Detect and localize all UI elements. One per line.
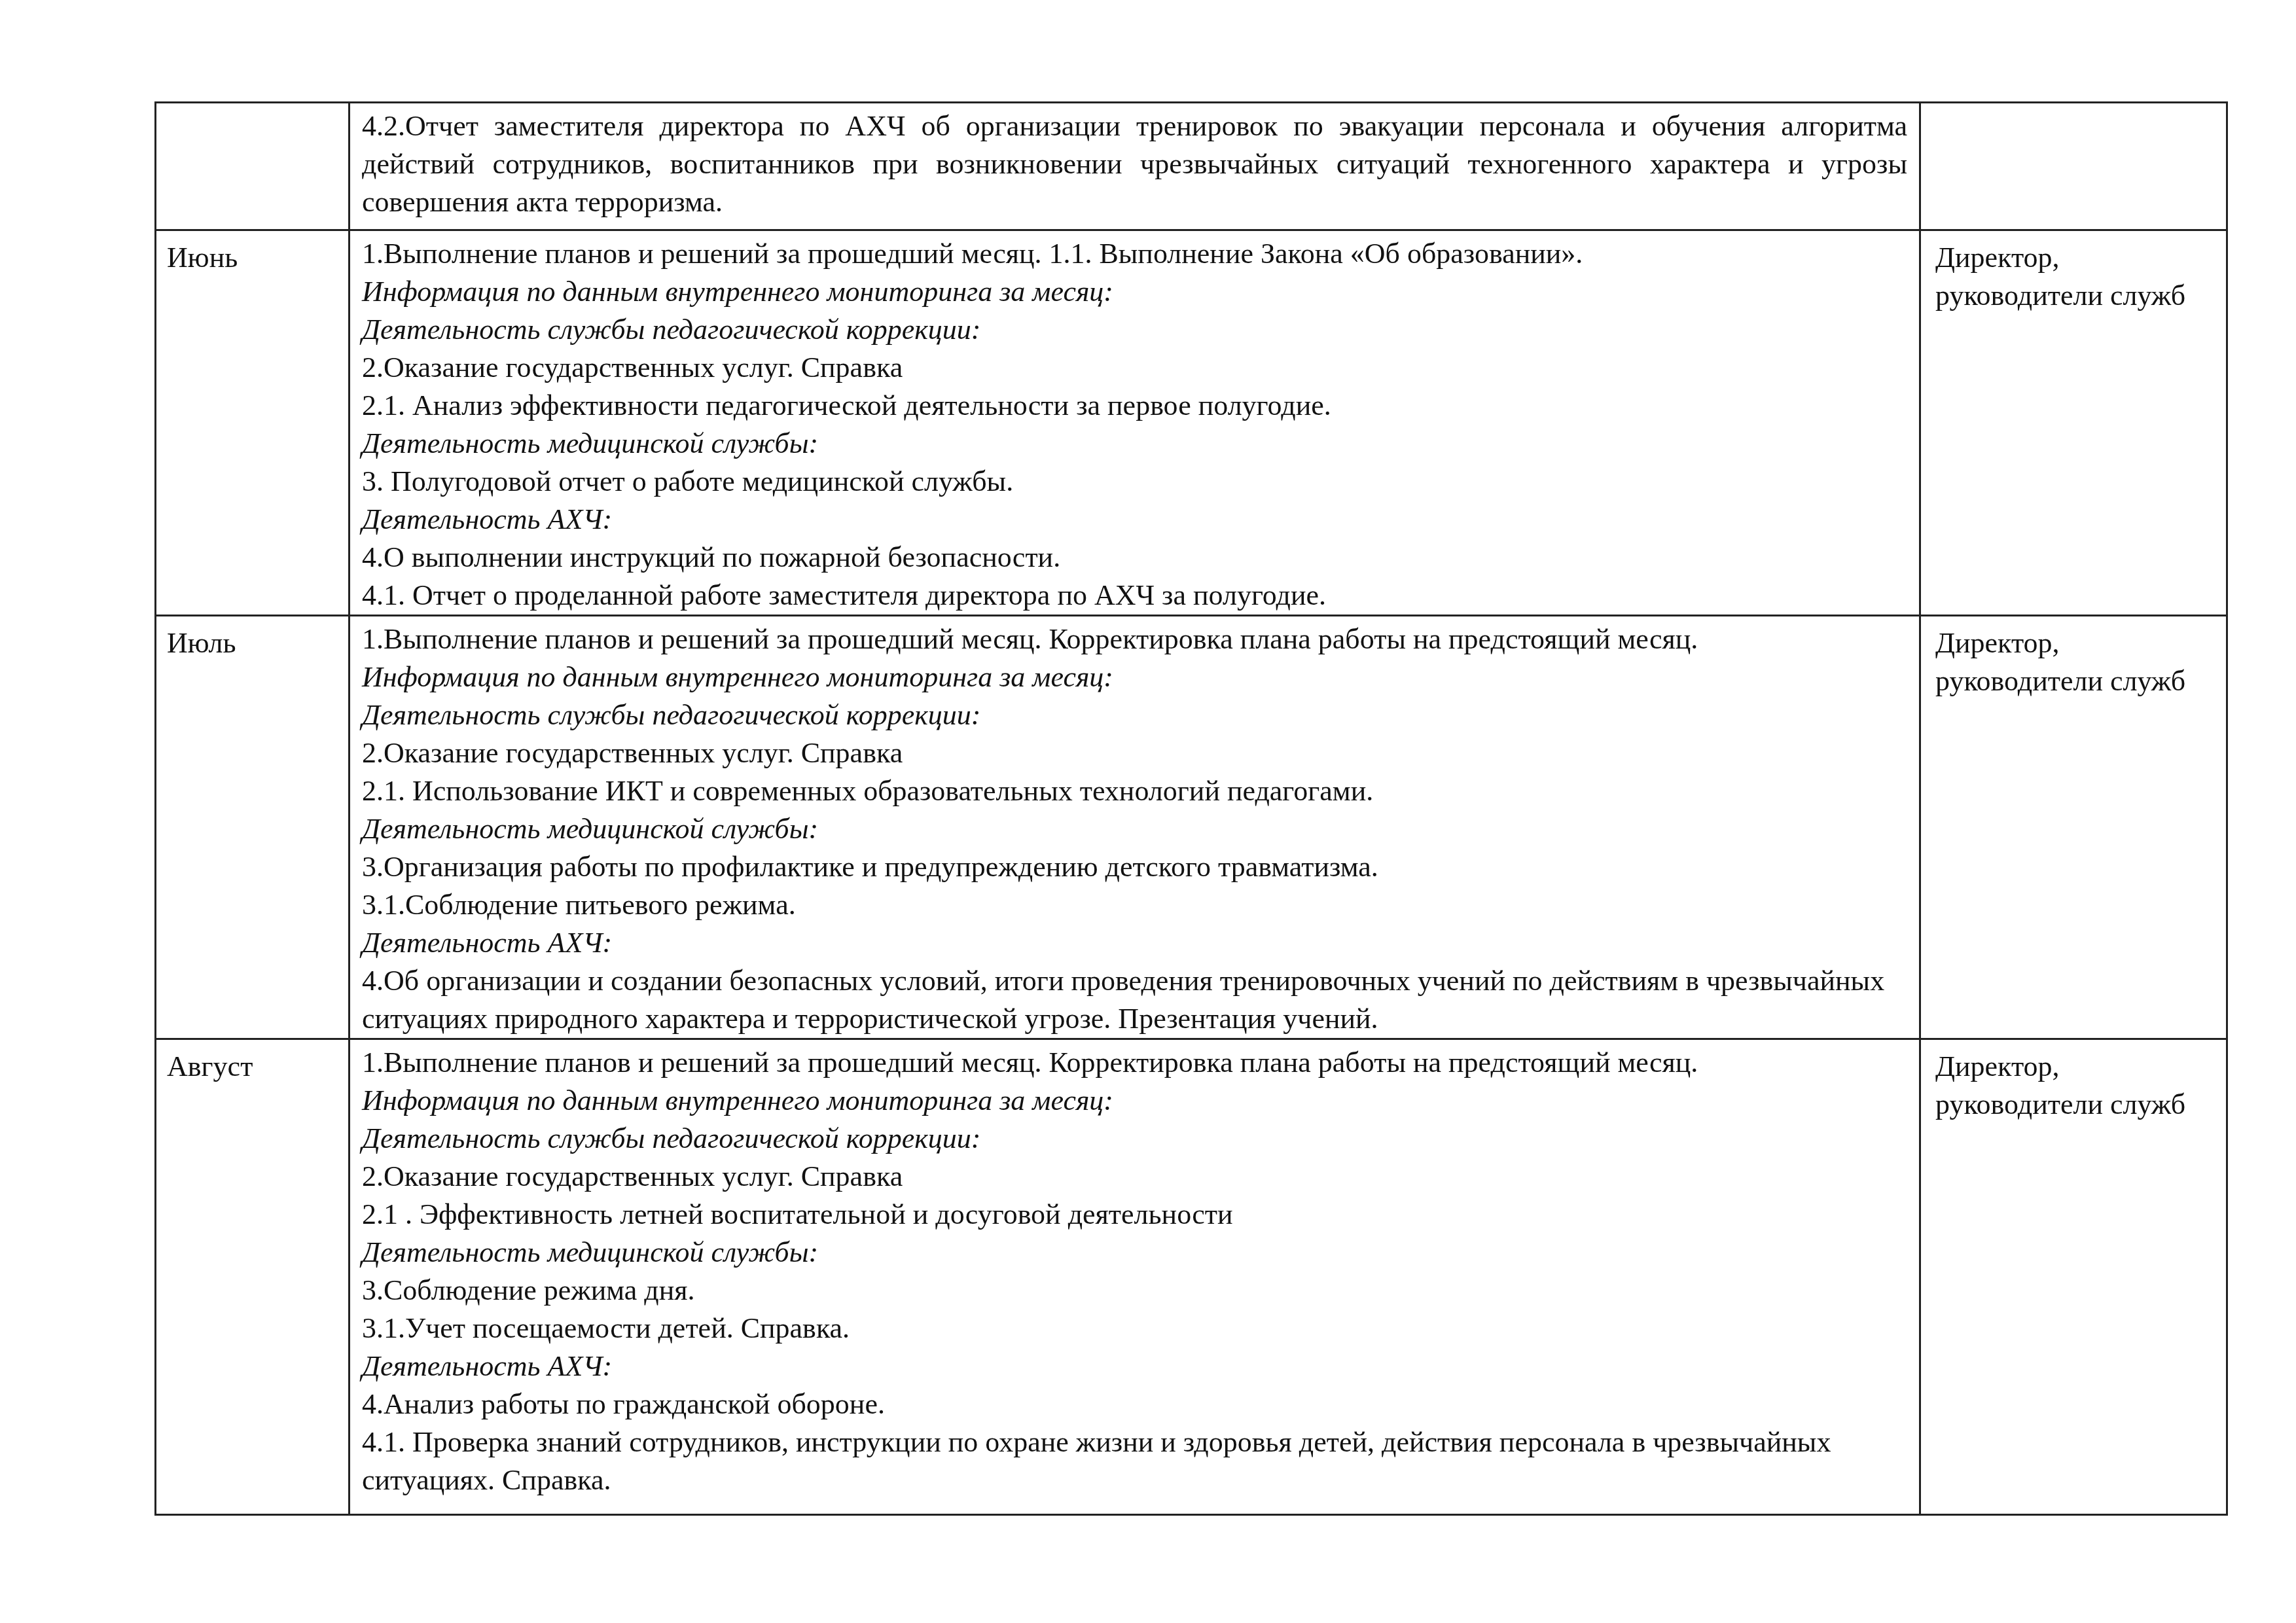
section-heading: Деятельность медицинской службы: bbox=[362, 810, 1907, 848]
section-heading: Деятельность службы педагогической корре… bbox=[362, 696, 1907, 734]
responsible-cell: Директор, руководители служб bbox=[1920, 616, 2227, 1039]
table-row: Июль1.Выполнение планов и решений за про… bbox=[156, 616, 2227, 1039]
section-heading: Деятельность АХЧ: bbox=[362, 1347, 1907, 1385]
agenda-item: 2.1. Использование ИКТ и современных обр… bbox=[362, 772, 1907, 810]
section-heading: Информация по данным внутреннего монитор… bbox=[362, 273, 1907, 311]
agenda-item: 3.1.Учет посещаемости детей. Справка. bbox=[362, 1310, 1907, 1347]
document-page: 4.2.Отчет заместителя директора по АХЧ о… bbox=[0, 0, 2296, 1623]
table-row: Август1.Выполнение планов и решений за п… bbox=[156, 1039, 2227, 1515]
section-heading: Деятельность АХЧ: bbox=[362, 501, 1907, 539]
agenda-item: 3.Соблюдение режима дня. bbox=[362, 1272, 1907, 1310]
agenda-cell: 1.Выполнение планов и решений за прошедш… bbox=[350, 616, 1920, 1039]
table-row: Июнь1.Выполнение планов и решений за про… bbox=[156, 230, 2227, 616]
agenda-item: 2.1. Анализ эффективности педагогической… bbox=[362, 387, 1907, 425]
agenda-item: 4.1. Проверка знаний сотрудников, инстру… bbox=[362, 1423, 1907, 1499]
agenda-item: 4.1. Отчет о проделанной работе заместит… bbox=[362, 577, 1907, 615]
agenda-item: 2.Оказание государственных услуг. Справк… bbox=[362, 349, 1907, 387]
table-row: 4.2.Отчет заместителя директора по АХЧ о… bbox=[156, 103, 2227, 230]
agenda-item: 3.1.Соблюдение питьевого режима. bbox=[362, 886, 1907, 924]
agenda-item: 3. Полугодовой отчет о работе медицинско… bbox=[362, 463, 1907, 501]
agenda-item: 1.Выполнение планов и решений за прошедш… bbox=[362, 620, 1907, 658]
agenda-cell: 4.2.Отчет заместителя директора по АХЧ о… bbox=[350, 103, 1920, 230]
agenda-item: 1.Выполнение планов и решений за прошедш… bbox=[362, 1044, 1907, 1082]
work-plan-table: 4.2.Отчет заместителя директора по АХЧ о… bbox=[154, 101, 2228, 1516]
responsible-cell: Директор, руководители служб bbox=[1920, 230, 2227, 616]
month-cell: Июль bbox=[156, 616, 350, 1039]
agenda-item: 4.2.Отчет заместителя директора по АХЧ о… bbox=[362, 107, 1907, 221]
responsible-cell: Директор, руководители служб bbox=[1920, 1039, 2227, 1515]
month-cell bbox=[156, 103, 350, 230]
month-cell: Август bbox=[156, 1039, 350, 1515]
agenda-item: 4.О выполнении инструкций по пожарной бе… bbox=[362, 539, 1907, 577]
section-heading: Деятельность АХЧ: bbox=[362, 924, 1907, 962]
section-heading: Деятельность службы педагогической корре… bbox=[362, 311, 1907, 349]
agenda-item: 2.Оказание государственных услуг. Справк… bbox=[362, 1158, 1907, 1196]
month-cell: Июнь bbox=[156, 230, 350, 616]
agenda-item: 4.Анализ работы по гражданской обороне. bbox=[362, 1385, 1907, 1423]
agenda-cell: 1.Выполнение планов и решений за прошедш… bbox=[350, 230, 1920, 616]
section-heading: Информация по данным внутреннего монитор… bbox=[362, 658, 1907, 696]
section-heading: Деятельность медицинской службы: bbox=[362, 1234, 1907, 1272]
agenda-item: 4.Об организации и создании безопасных у… bbox=[362, 962, 1907, 1038]
agenda-item: 2.1 . Эффективность летней воспитательно… bbox=[362, 1196, 1907, 1234]
responsible-cell bbox=[1920, 103, 2227, 230]
section-heading: Деятельность службы педагогической корре… bbox=[362, 1120, 1907, 1158]
agenda-cell: 1.Выполнение планов и решений за прошедш… bbox=[350, 1039, 1920, 1515]
section-heading: Деятельность медицинской службы: bbox=[362, 425, 1907, 463]
agenda-item: 1.Выполнение планов и решений за прошедш… bbox=[362, 235, 1907, 273]
agenda-item: 2.Оказание государственных услуг. Справк… bbox=[362, 734, 1907, 772]
agenda-item: 3.Организация работы по профилактике и п… bbox=[362, 848, 1907, 886]
section-heading: Информация по данным внутреннего монитор… bbox=[362, 1082, 1907, 1120]
